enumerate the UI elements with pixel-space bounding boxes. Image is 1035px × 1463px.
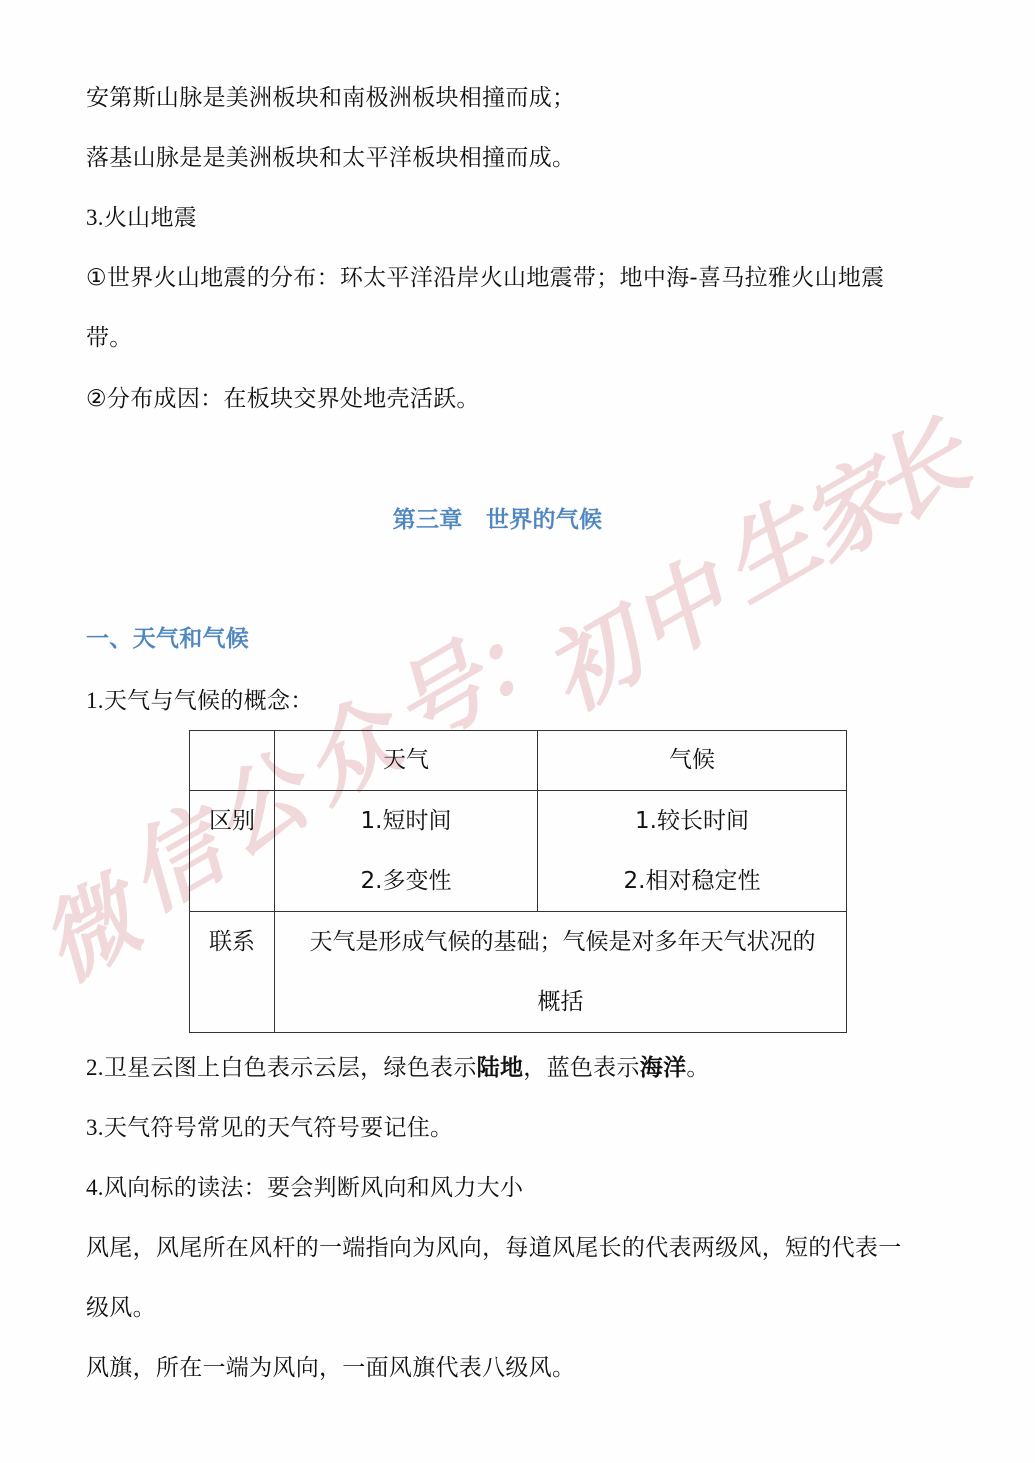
section-title: 一、天气和气候 [86, 624, 249, 654]
heading-number: 1. [86, 688, 104, 713]
table-row-label: 联系 [190, 912, 275, 1033]
table-header-empty [190, 731, 275, 791]
paragraph-wind-vane: 4.风向标的读法：要会判断风向和风力大小 [86, 1173, 523, 1203]
paragraph-distribution-line2: 带。 [86, 323, 133, 353]
table-row: 区别 1.短时间 2.多变性 1.较长时间 2.相对稳定性 [190, 791, 847, 912]
paragraph-wind-tail-line2: 级风。 [86, 1293, 156, 1323]
paragraph-satellite: 2.卫星云图上白色表示云层，绿色表示陆地，蓝色表示海洋。 [86, 1053, 710, 1083]
chapter-title: 第三章 世界的气候 [0, 505, 995, 535]
heading-volcano-earthquake: 3.火山地震 [86, 203, 197, 233]
bold-land: 陆地 [477, 1055, 524, 1081]
paragraph-wind-flag: 风旗，所在一端为风向，一面风旗代表八级风。 [86, 1353, 575, 1383]
table-cell-weather: 1.短时间 2.多变性 [275, 791, 538, 912]
paragraph-andes: 安第斯山脉是美洲板块和南极洲板块相撞而成； [86, 83, 575, 113]
table-row-label: 区别 [190, 791, 275, 912]
paragraph-weather-symbols: 3.天气符号常见的天气符号要记住。 [86, 1113, 453, 1143]
heading-text: 天气与气候的概念： [104, 688, 314, 714]
weather-climate-table: 天气 气候 区别 1.短时间 2.多变性 1.较长时间 2.相对稳定性 联系 天… [189, 730, 847, 1033]
heading-number: 3. [86, 205, 104, 230]
table-row: 联系 天气是形成气候的基础；气候是对多年天气状况的 概括 [190, 912, 847, 1033]
watermark-char: 生 [693, 466, 839, 626]
heading-text: 火山地震 [104, 205, 197, 231]
table-header-climate: 气候 [538, 731, 847, 791]
paragraph-rockies: 落基山脉是是美洲板块和太平洋板块相撞而成。 [86, 143, 575, 173]
watermark-char: 微 [13, 846, 159, 1006]
paragraph-wind-tail-line1: 风尾，风尾所在风杆的一端指向为风向，每道风尾长的代表两级风，短的代表一 [86, 1233, 902, 1263]
table-header-row: 天气 气候 [190, 731, 847, 791]
watermark-char: 中 [603, 526, 749, 686]
paragraph-distribution-line1: ①世界火山地震的分布：环太平洋沿岸火山地震带；地中海-喜马拉雅火山地震 [86, 263, 884, 293]
table-header-weather: 天气 [275, 731, 538, 791]
table-cell-merged: 天气是形成气候的基础；气候是对多年天气状况的 概括 [275, 912, 847, 1033]
paragraph-cause: ②分布成因：在板块交界处地壳活跃。 [86, 384, 480, 414]
watermark-char: ： [438, 571, 584, 731]
watermark-char: 初 [518, 576, 664, 736]
bold-ocean: 海洋 [640, 1055, 687, 1081]
table-cell-climate: 1.较长时间 2.相对稳定性 [538, 791, 847, 912]
heading-concept: 1.天气与气候的概念： [86, 686, 314, 716]
